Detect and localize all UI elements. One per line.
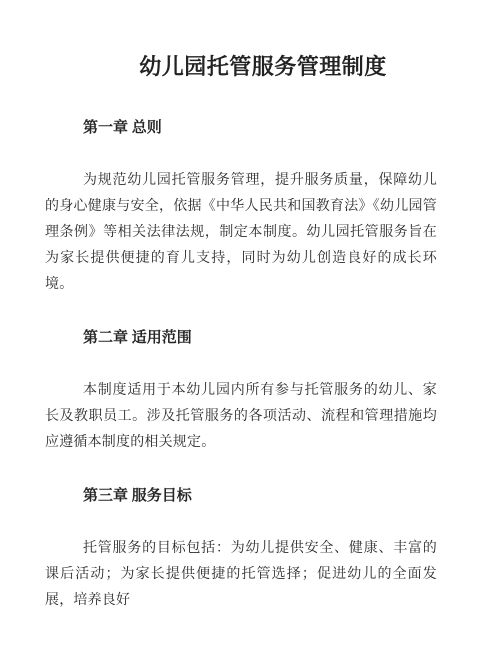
section-heading-chapter-1: 第一章 总则 (45, 115, 437, 141)
section-heading-chapter-2: 第二章 适用范围 (45, 325, 437, 351)
paragraph-chapter-3: 托管服务的目标包括：为幼儿提供安全、健康、丰富的课后活动；为家长提供便捷的托管选… (45, 536, 437, 614)
document-title: 幼儿园托管服务管理制度 (13, 52, 500, 82)
document-page: 幼儿园托管服务管理制度 第一章 总则 为规范幼儿园托管服务管理，提升服务质量，保… (0, 0, 500, 647)
section-general-provisions: 第一章 总则 为规范幼儿园托管服务管理，提升服务质量，保障幼儿的身心健康与安全，… (45, 115, 437, 298)
paragraph-chapter-1: 为规范幼儿园托管服务管理，提升服务质量，保障幼儿的身心健康与安全，依据《中华人民… (45, 168, 437, 298)
section-service-goals: 第三章 服务目标 托管服务的目标包括：为幼儿提供安全、健康、丰富的课后活动；为家… (45, 483, 437, 614)
section-heading-chapter-3: 第三章 服务目标 (45, 483, 437, 509)
paragraph-chapter-2: 本制度适用于本幼儿园内所有参与托管服务的幼儿、家长及教职员工。涉及托管服务的各项… (45, 378, 437, 456)
section-scope: 第二章 适用范围 本制度适用于本幼儿园内所有参与托管服务的幼儿、家长及教职员工。… (45, 325, 437, 456)
